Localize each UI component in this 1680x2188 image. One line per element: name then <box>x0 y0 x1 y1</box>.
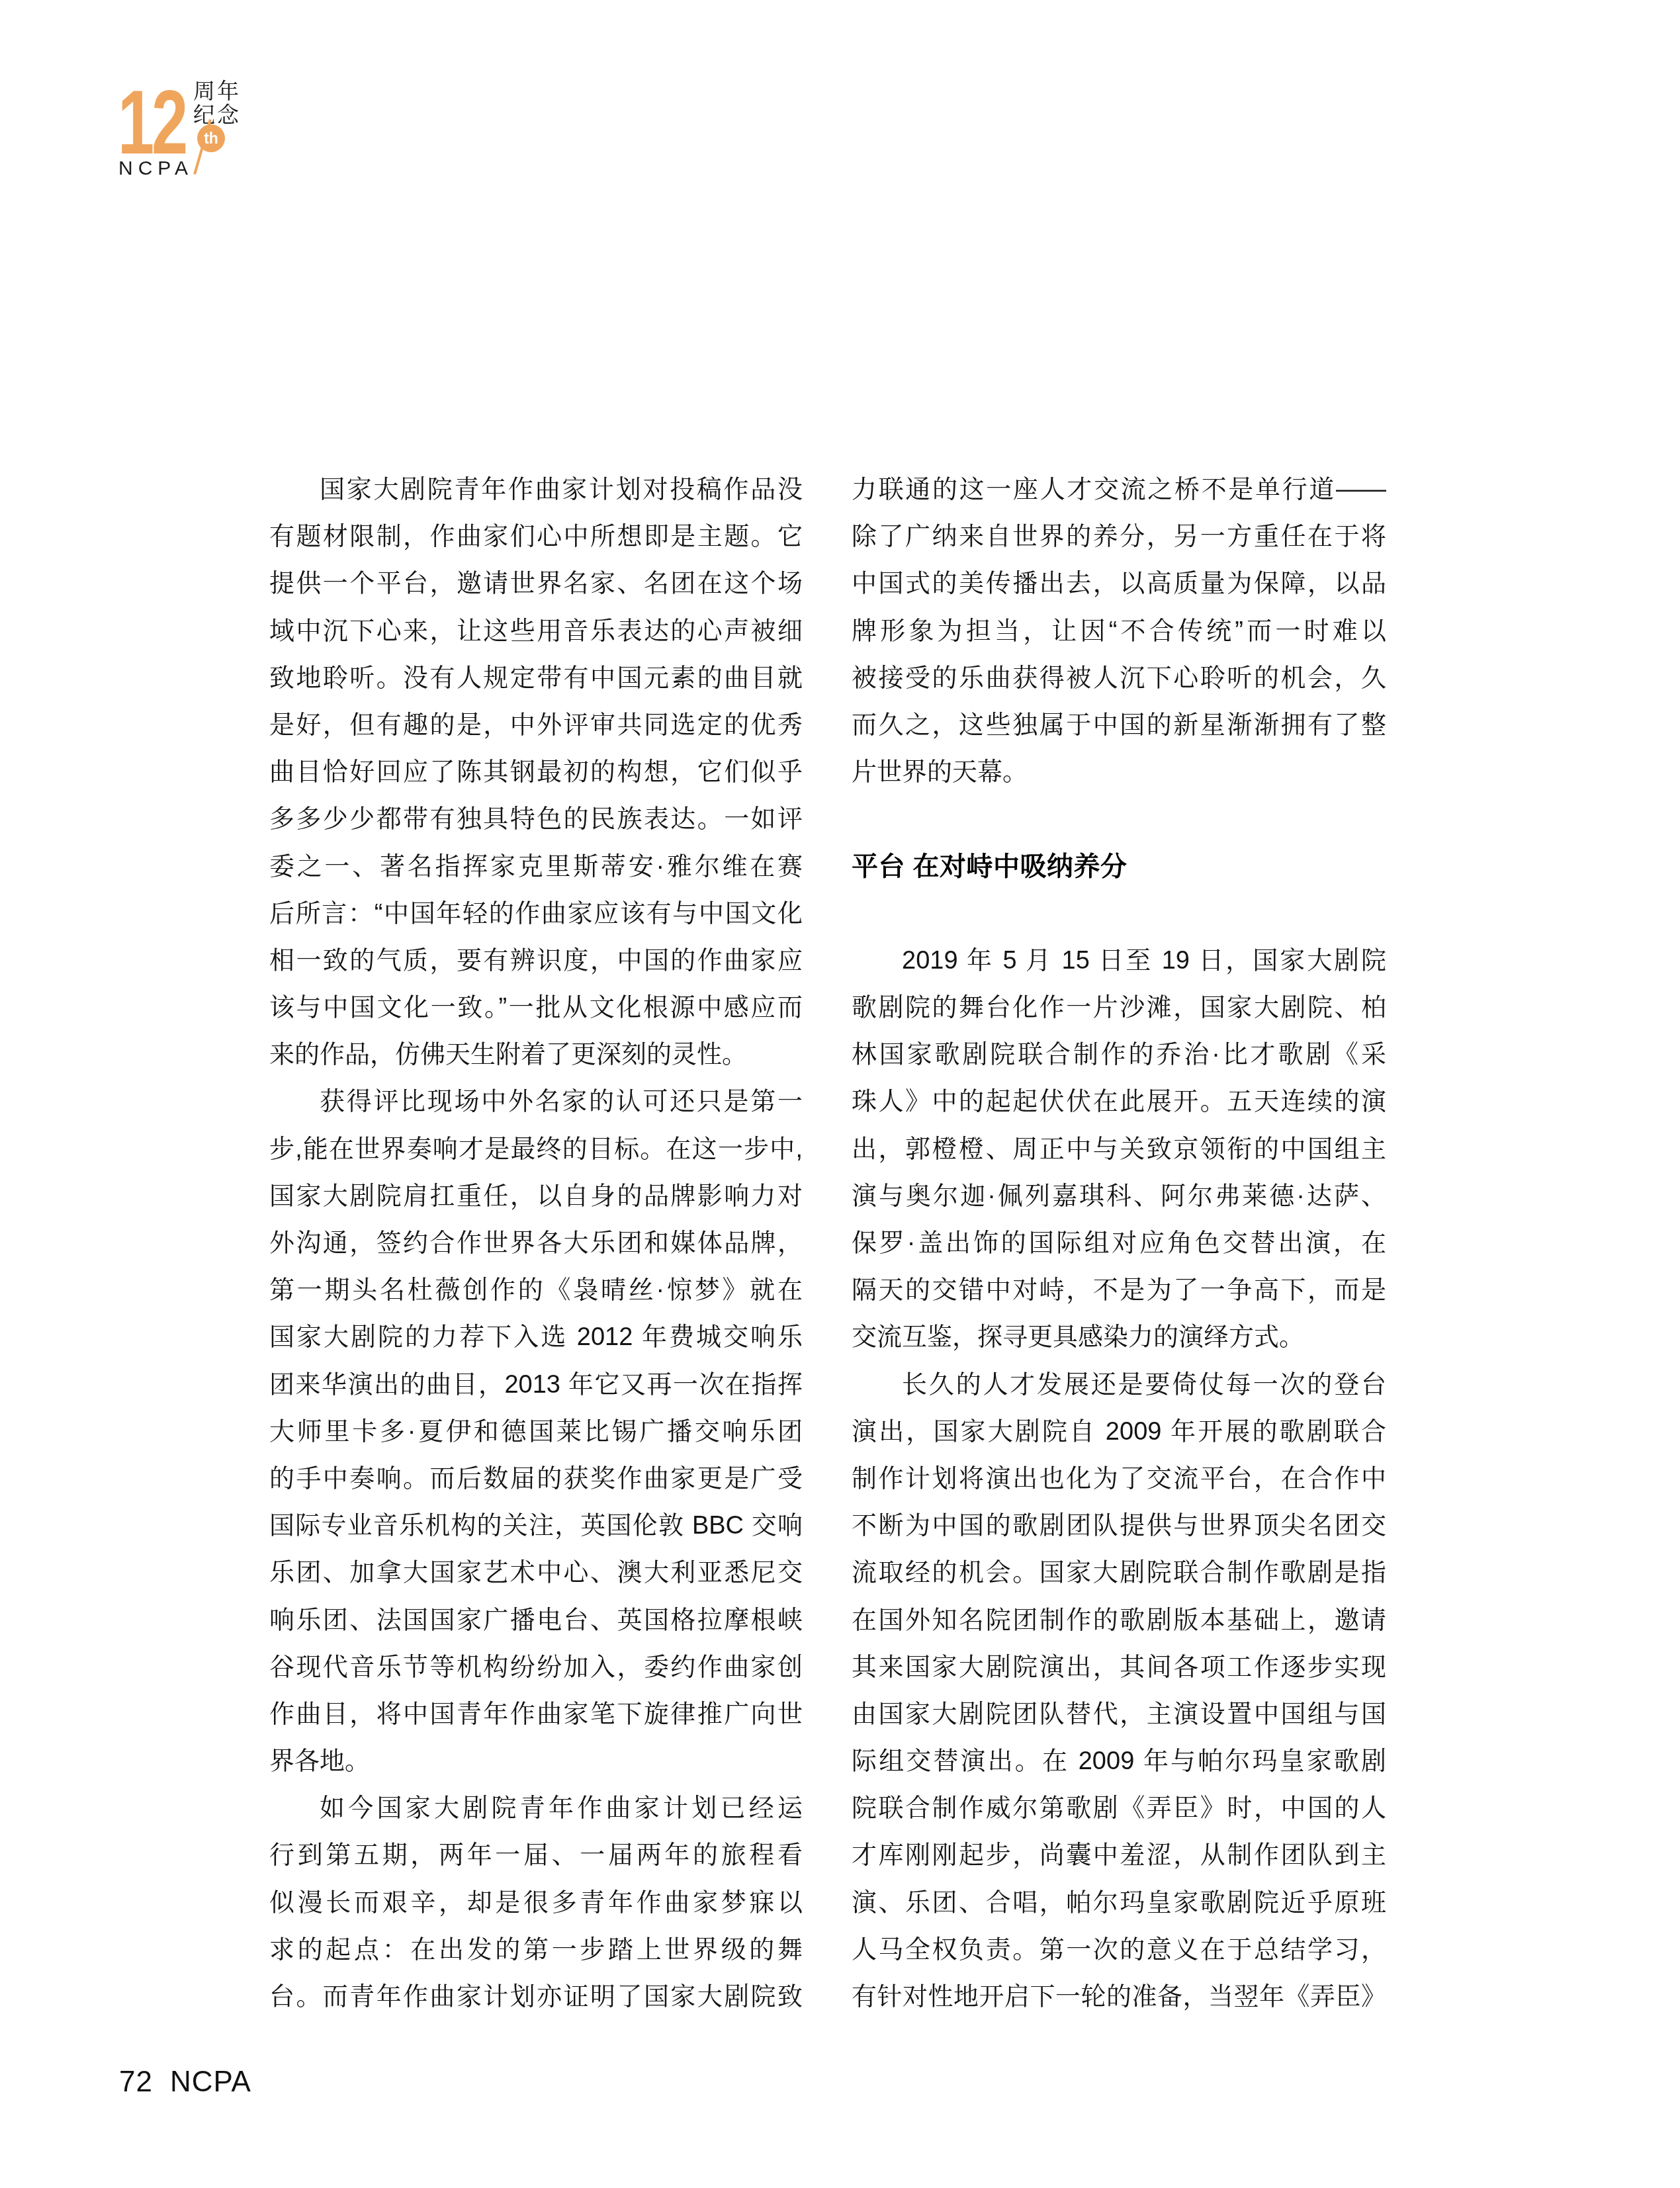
text-line: 出，郭橙橙、周正中与关致京领衔的中国组主 <box>852 1126 1386 1173</box>
text-line: 歌剧院的舞台化作一片沙滩，国家大剧院、柏 <box>852 985 1386 1031</box>
text-line: 该与中国文化一致。”一批从文化根源中感应而 <box>269 985 803 1031</box>
text-line: 不断为中国的歌剧团队提供与世界顶尖名团交 <box>852 1503 1386 1550</box>
text-line: 片世界的天幕。 <box>852 749 1386 796</box>
text-line: 院联合制作威尔第歌剧《弄臣》时，中国的人 <box>852 1785 1386 1832</box>
text-line: 保罗·盖出饰的国际组对应角色交替出演，在 <box>852 1220 1386 1267</box>
text-line: 曲目恰好回应了陈其钢最初的构想，它们似乎 <box>269 749 803 796</box>
text-line: 中国式的美传播出去，以高质量为保障，以品 <box>852 560 1386 607</box>
page-footer: 72 NCPA <box>119 2066 251 2099</box>
text-line: 制作计划将演出也化为了交流平台，在合作中 <box>852 1456 1386 1503</box>
text-line: 长久的人才发展还是要倚仗每一次的登台 <box>852 1362 1386 1409</box>
logo-ncpa-wordmark: NCPA <box>118 157 193 180</box>
section-heading: 平台 在对峙中吸纳养分 <box>852 844 1386 891</box>
logo-anniversary-line2: 纪念 <box>193 103 241 127</box>
text-line: 外沟通，签约合作世界各大乐团和媒体品牌， <box>269 1220 803 1267</box>
text-line: 2019 年 5 月 15 日至 19 日，国家大剧院 <box>852 938 1386 985</box>
text-line: 作曲目，将中国青年作曲家笔下旋律推广向世 <box>269 1691 803 1738</box>
text-line: 求的起点：在出发的第一步踏上世界级的舞 <box>269 1927 803 1974</box>
spacer <box>852 796 1386 843</box>
text-line: 被接受的乐曲获得被人沉下心聆听的机会，久 <box>852 655 1386 702</box>
logo-number-12: 12 <box>118 77 185 168</box>
text-line: 台。而青年作曲家计划亦证明了国家大剧院致 <box>269 1974 803 2021</box>
text-line: 珠人》中的起起伏伏在此展开。五天连续的演 <box>852 1078 1386 1125</box>
text-line: 际组交替演出。在 2009 年与帕尔玛皇家歌剧 <box>852 1738 1386 1785</box>
text-line: 团来华演出的曲目，2013 年它又再一次在指挥 <box>269 1362 803 1409</box>
text-line: 是好，但有趣的是，中外评审共同选定的优秀 <box>269 702 803 749</box>
text-line: 委之一、著名指挥家克里斯蒂安·雅尔维在赛 <box>269 844 803 891</box>
text-line: 第一期头名杜薇创作的《袅晴丝·惊梦》就在 <box>269 1267 803 1314</box>
text-line: 才库刚刚起步，尚囊中羞涩，从制作团队到主 <box>852 1832 1386 1879</box>
text-line: 界各地。 <box>269 1738 803 1785</box>
text-line: 林国家歌剧院联合制作的乔治·比才歌剧《采 <box>852 1031 1386 1078</box>
text-line: 域中沉下心来，让这些用音乐表达的心声被细 <box>269 608 803 655</box>
text-line: 国家大剧院的力荐下入选 2012 年费城交响乐 <box>269 1314 803 1361</box>
footer-brand: NCPA <box>170 2066 251 2099</box>
text-line: 由国家大剧院团队替代，主演设置中国组与国 <box>852 1691 1386 1738</box>
text-line: 如今国家大剧院青年作曲家计划已经运 <box>269 1785 803 1832</box>
text-line: 相一致的气质，要有辨识度，中国的作曲家应 <box>269 938 803 985</box>
text-line: 隔天的交错中对峙，不是为了一争高下，而是 <box>852 1267 1386 1314</box>
text-line: 有题材限制，作曲家们心中所想即是主题。它 <box>269 513 803 560</box>
right-column-body: 2019 年 5 月 15 日至 19 日，国家大剧院歌剧院的舞台化作一片沙滩，… <box>852 938 1386 2021</box>
right-column-lead: 力联通的这一座人才交流之桥不是单行道——除了广纳来自世界的养分，另一方重任在于将… <box>852 466 1386 796</box>
text-line: 演、乐团、合唱，帕尔玛皇家歌剧院近乎原班 <box>852 1880 1386 1927</box>
text-line: 有针对性地开启下一轮的准备，当翌年《弄臣》 <box>852 1974 1386 2021</box>
text-line: 人马全权负责。第一次的意义在于总结学习， <box>852 1927 1386 1974</box>
text-line: 演与奥尔迦·佩列嘉琪科、阿尔弗莱德·达萨、 <box>852 1173 1386 1220</box>
text-line: 除了广纳来自世界的养分，另一方重任在于将 <box>852 513 1386 560</box>
text-line: 的手中奏响。而后数届的获奖作曲家更是广受 <box>269 1456 803 1503</box>
text-line: 流取经的机会。国家大剧院联合制作歌剧是指 <box>852 1550 1386 1597</box>
spacer <box>852 891 1386 938</box>
magazine-page: 12 周年 纪念 th NCPA 国家大剧院青年作曲家计划对投稿作品没有题材限制… <box>0 0 1680 2188</box>
text-line: 致地聆听。没有人规定带有中国元素的曲目就 <box>269 655 803 702</box>
text-line: 在国外知名院团制作的歌剧版本基础上，邀请 <box>852 1597 1386 1644</box>
text-line: 提供一个平台，邀请世界名家、名团在这个场 <box>269 560 803 607</box>
text-line: 力联通的这一座人才交流之桥不是单行道—— <box>852 466 1386 513</box>
text-line: 牌形象为担当，让因“不合传统”而一时难以 <box>852 608 1386 655</box>
text-line: 行到第五期，两年一届、一届两年的旅程看 <box>269 1832 803 1879</box>
text-line: 后所言：“中国年轻的作曲家应该有与中国文化 <box>269 891 803 938</box>
text-line: 谷现代音乐节等机构纷纷加入，委约作曲家创 <box>269 1644 803 1691</box>
article-left-column: 国家大剧院青年作曲家计划对投稿作品没有题材限制，作曲家们心中所想即是主题。它提供… <box>269 466 803 2021</box>
text-line: 交流互鉴，探寻更具感染力的演绎方式。 <box>852 1314 1386 1361</box>
text-line: 乐团、加拿大国家艺术中心、澳大利亚悉尼交 <box>269 1550 803 1597</box>
text-line: 国家大剧院青年作曲家计划对投稿作品没 <box>269 466 803 513</box>
text-line: 多多少少都带有独具特色的民族表达。一如评 <box>269 796 803 843</box>
text-line: 来的作品，仿佛天生附着了更深刻的灵性。 <box>269 1031 803 1078</box>
text-line: 其来国家大剧院演出，其间各项工作逐步实现 <box>852 1644 1386 1691</box>
article-right-column: 力联通的这一座人才交流之桥不是单行道——除了广纳来自世界的养分，另一方重任在于将… <box>852 466 1386 2021</box>
text-line: 似漫长而艰辛，却是很多青年作曲家梦寐以 <box>269 1880 803 1927</box>
text-line: 国家大剧院肩扛重任，以自身的品牌影响力对 <box>269 1173 803 1220</box>
logo-anniversary-text: 周年 纪念 <box>193 79 241 127</box>
text-line: 响乐团、法国国家广播电台、英国格拉摩根峡 <box>269 1597 803 1644</box>
page-number: 72 <box>119 2066 153 2099</box>
text-line: 大师里卡多·夏伊和德国莱比锡广播交响乐团 <box>269 1409 803 1456</box>
text-line: 步,能在世界奏响才是最终的目标。在这一步中, <box>269 1126 803 1173</box>
logo-anniversary-line1: 周年 <box>193 79 241 103</box>
text-line: 演出，国家大剧院自 2009 年开展的歌剧联合 <box>852 1409 1386 1456</box>
text-line: 国际专业音乐机构的关注，英国伦敦 BBC 交响 <box>269 1503 803 1550</box>
ncpa-anniversary-logo: 12 周年 纪念 th NCPA <box>118 77 290 189</box>
text-line: 而久之，这些独属于中国的新星渐渐拥有了整 <box>852 702 1386 749</box>
logo-th-badge: th <box>197 124 225 152</box>
text-line: 获得评比现场中外名家的认可还只是第一 <box>269 1078 803 1125</box>
